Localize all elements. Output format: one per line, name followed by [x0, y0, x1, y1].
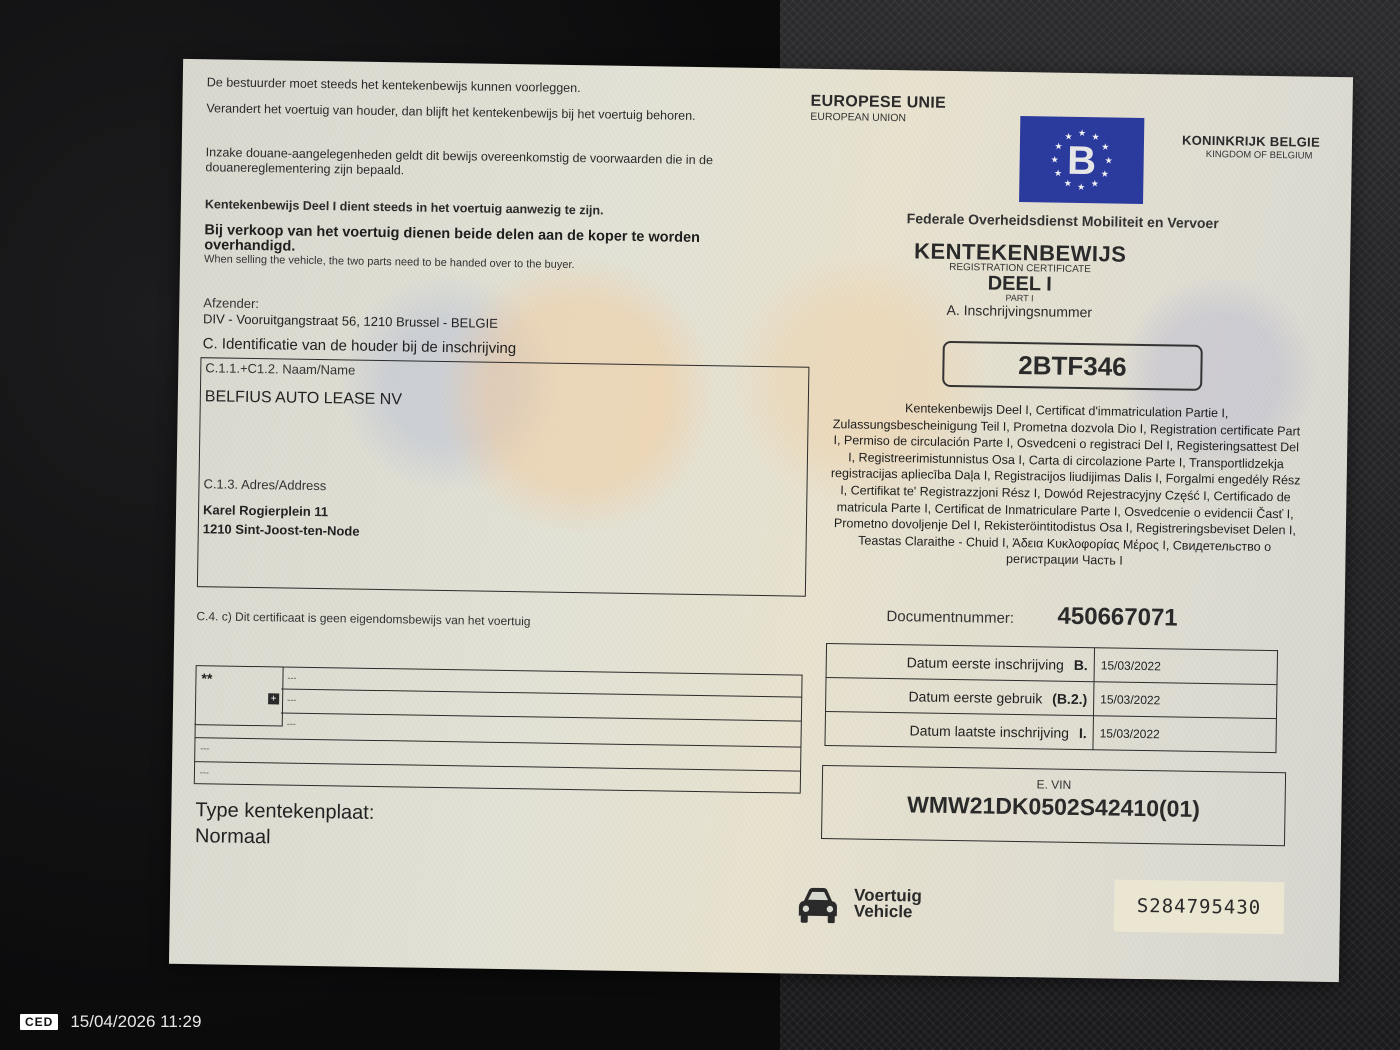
kingdom-title: KONINKRIJK BELGIE: [1182, 133, 1320, 150]
svg-text:★: ★: [1051, 155, 1059, 165]
note-4: Kentekenbewijs Deel I dient steeds in he…: [205, 197, 765, 221]
holder-section-title: C. Identificatie van de houder bij de in…: [203, 335, 517, 357]
vin-value: WMW21DK0502S42410(01): [822, 790, 1284, 824]
note-1: De bestuurder moet steeds het kentekenbe…: [207, 75, 767, 99]
eu-subtitle: EUROPEAN UNION: [810, 111, 906, 125]
marker-text: **: [201, 670, 212, 686]
holder-name-value: BELFIUS AUTO LEASE NV: [205, 388, 402, 409]
eu-belgium-flag: B ★★★★★★★★★★★★: [1019, 116, 1144, 204]
svg-text:★: ★: [1078, 128, 1086, 138]
svg-text:★: ★: [1064, 131, 1072, 141]
sender-value: DIV - Vooruitgangstraat 56, 1210 Brussel…: [203, 311, 498, 331]
holder-address-label: C.1.3. Adres/Address: [203, 476, 326, 493]
reg-number-label: A. Inschrijvingsnummer: [869, 301, 1169, 322]
dash-3: ---: [287, 719, 296, 729]
holder-box: C.1.1.+C1.2. Naam/Name BELFIUS AUTO LEAS…: [197, 357, 810, 597]
note-3: Inzake douane-aangelegenheden geldt dit …: [205, 145, 765, 184]
svg-text:★: ★: [1101, 169, 1109, 179]
dash-4: ---: [200, 743, 209, 753]
date-label: Datum eerste inschrijving B.: [826, 644, 1095, 682]
date-label: Datum laatste inschrijving I.: [825, 712, 1094, 750]
kingdom-subtitle: KINGDOM OF BELGIUM: [1206, 149, 1313, 162]
serial-box: S284795430: [1114, 880, 1285, 935]
blank-table-marker-cell: ** +: [195, 665, 284, 726]
note-2: Verandert het voertuig van houder, dan b…: [206, 101, 706, 124]
reg-number-box: 2BTF346: [942, 341, 1203, 391]
camera-timestamp-overlay: CED 15/04/2026 11:29: [20, 1012, 201, 1032]
vehicle-label: Voertuig Vehicle: [854, 888, 922, 921]
date-value: 15/03/2022: [1094, 648, 1278, 685]
svg-text:★: ★: [1105, 155, 1113, 165]
holder-name-label: C.1.1.+C1.2. Naam/Name: [205, 360, 355, 377]
title-block: KENTEKENBEWIJS REGISTRATION CERTIFICATE …: [869, 238, 1170, 322]
svg-text:★: ★: [1091, 132, 1099, 142]
plus-icon: +: [268, 693, 279, 704]
ownership-note: C.4. c) Dit certificaat is geen eigendom…: [196, 609, 530, 628]
svg-text:★: ★: [1077, 182, 1085, 192]
registration-certificate: De bestuurder moet steeds het kentekenbe…: [169, 59, 1353, 982]
holder-address-line1: Karel Rogierplein 11: [203, 502, 328, 519]
svg-text:★: ★: [1064, 178, 1072, 188]
car-icon: [796, 885, 841, 931]
blank-table: ** + --- --- --- --- ---: [194, 665, 803, 793]
svg-text:★: ★: [1091, 179, 1099, 189]
date-row: Datum laatste inschrijving I.15/03/2022: [825, 712, 1276, 753]
serial-number: S284795430: [1137, 895, 1262, 919]
vin-box: E. VIN WMW21DK0502S42410(01): [821, 765, 1286, 846]
svg-text:★: ★: [1054, 141, 1062, 151]
vehicle-label-en: Vehicle: [854, 904, 922, 921]
ministry: Federale Overheidsdienst Mobiliteit en V…: [907, 210, 1219, 231]
date-value: 15/03/2022: [1093, 716, 1277, 753]
svg-text:B: B: [1067, 139, 1097, 183]
date-label: Datum eerste gebruik (B.2.): [826, 678, 1095, 716]
multilingual-titles: Kentekenbewijs Deel I, Certificat d'imma…: [829, 399, 1302, 572]
timestamp: 15/04/2026 11:29: [70, 1012, 201, 1032]
plate-type-label: Type kentekenplaat:: [195, 799, 374, 825]
dates-table: Datum eerste inschrijving B.15/03/2022Da…: [824, 643, 1278, 753]
eu-stars-icon: B ★★★★★★★★★★★★: [1036, 119, 1127, 200]
dash-5: ---: [200, 767, 209, 777]
sender-label: Afzender:: [203, 295, 259, 311]
document-number-label: Documentnummer:: [886, 608, 1014, 627]
eu-title: EUROPESE UNIE: [810, 93, 946, 113]
ced-logo: CED: [20, 1014, 58, 1030]
svg-text:★: ★: [1054, 168, 1062, 178]
holder-address-line2: 1210 Sint-Joost-ten-Node: [203, 521, 360, 538]
document-number-value: 450667071: [1057, 603, 1178, 633]
dash-2: ---: [287, 695, 296, 705]
reg-number: 2BTF346: [1018, 350, 1127, 382]
dash-1: ---: [287, 673, 296, 683]
svg-text:★: ★: [1101, 142, 1109, 152]
plate-type-value: Normaal: [195, 825, 271, 849]
date-value: 15/03/2022: [1093, 682, 1277, 719]
